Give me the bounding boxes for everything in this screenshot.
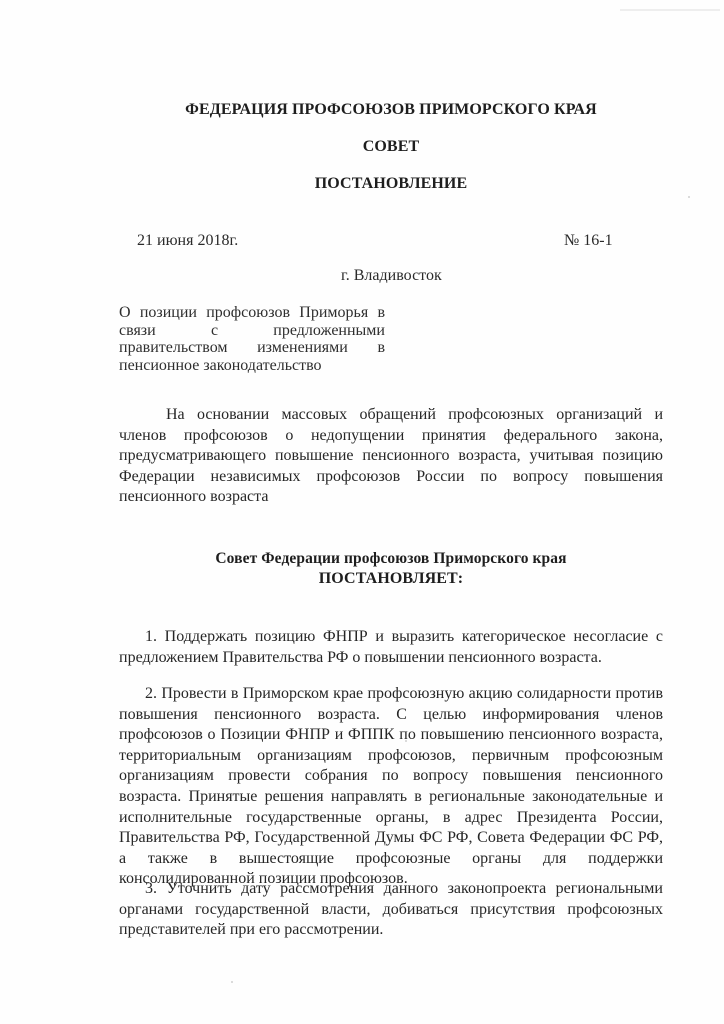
- resolution-item-3: 3. Уточнить дату рассмотрения данного за…: [119, 879, 663, 941]
- preamble-paragraph: На основании массовых обращений профсоюз…: [119, 405, 663, 508]
- document-type-heading: ПОСТАНОВЛЕНИЕ: [119, 175, 663, 193]
- document-number: № 16-1: [564, 232, 613, 250]
- resolving-body-heading: Совет Федерации профсоюзов Приморского к…: [119, 550, 663, 568]
- resolution-item-2: 2. Провести в Приморском крае профсоюзну…: [119, 684, 663, 890]
- scan-speck: [405, 740, 407, 742]
- document-city: г. Владивосток: [341, 267, 442, 285]
- document-subject: О позиции профсоюзов Приморья в связи с …: [119, 304, 385, 374]
- scan-speck: [688, 196, 690, 198]
- organization-heading: ФЕДЕРАЦИЯ ПРОФСОЮЗОВ ПРИМОРСКОГО КРАЯ: [119, 101, 663, 119]
- scan-speck: [231, 981, 233, 983]
- scanned-document-page: ФЕДЕРАЦИЯ ПРОФСОЮЗОВ ПРИМОРСКОГО КРАЯ СО…: [0, 0, 724, 1024]
- resolution-item-1: 1. Поддержать позицию ФНПР и выразить ка…: [119, 627, 663, 668]
- scan-edge: [620, 9, 720, 11]
- resolves-heading: ПОСТАНОВЛЯЕТ:: [119, 570, 663, 588]
- document-date: 21 июня 2018г.: [137, 232, 238, 250]
- council-heading: СОВЕТ: [119, 138, 663, 156]
